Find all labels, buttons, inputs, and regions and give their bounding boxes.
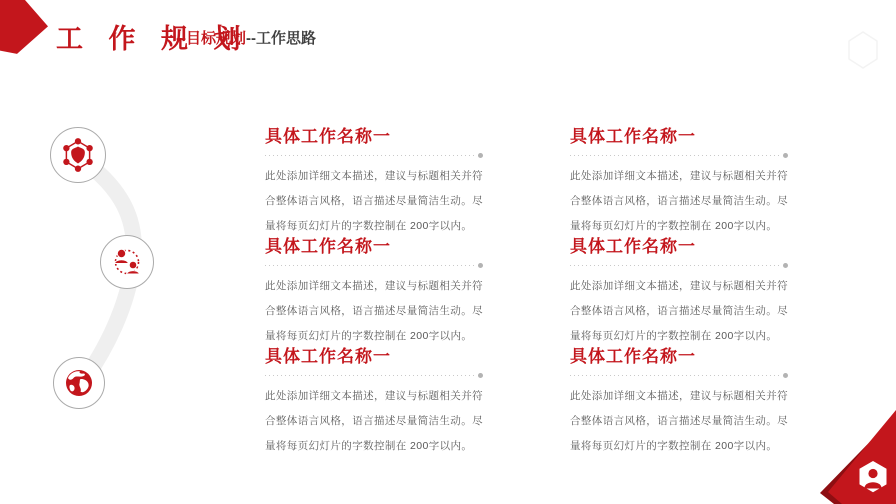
dotted-line bbox=[570, 375, 781, 376]
work-item-block-2: 具体工作名称一 此处添加详细文本描述，建议与标题相关并符合整体语言风格，语言描述… bbox=[570, 126, 788, 236]
work-item-body: 此处添加详细文本描述，建议与标题相关并符合整体语言风格，语言描述尽量简洁生动。尽… bbox=[570, 274, 788, 346]
network-molecule-icon bbox=[59, 136, 97, 174]
dotted-rule bbox=[265, 153, 483, 158]
dotted-line bbox=[570, 265, 781, 266]
rule-end-dot bbox=[783, 153, 788, 158]
rule-end-dot bbox=[478, 373, 483, 378]
dotted-line bbox=[570, 155, 781, 156]
dotted-line bbox=[265, 375, 476, 376]
presentation-slide: 工 作 规 划 --目标规划--工作思路 bbox=[0, 0, 896, 504]
work-item-body: 此处添加详细文本描述，建议与标题相关并符合整体语言风格，语言描述尽量简洁生动。尽… bbox=[570, 384, 788, 456]
work-item-body: 此处添加详细文本描述，建议与标题相关并符合整体语言风格，语言描述尽量简洁生动。尽… bbox=[265, 384, 483, 456]
work-item-block-5: 具体工作名称一 此处添加详细文本描述，建议与标题相关并符合整体语言风格，语言描述… bbox=[265, 346, 483, 456]
work-item-body: 此处添加详细文本描述，建议与标题相关并符合整体语言风格，语言描述尽量简洁生动。尽… bbox=[570, 164, 788, 236]
timeline-node-1 bbox=[50, 127, 106, 183]
dotted-line bbox=[265, 155, 476, 156]
timeline-node-3 bbox=[53, 357, 105, 409]
work-item-title: 具体工作名称一 bbox=[265, 126, 483, 147]
hexagon-outline-decoration bbox=[846, 30, 880, 70]
globe-icon bbox=[61, 365, 97, 401]
timeline-node-2 bbox=[100, 235, 154, 289]
dotted-rule bbox=[265, 373, 483, 378]
work-item-title: 具体工作名称一 bbox=[265, 236, 483, 257]
people-exchange-icon bbox=[109, 244, 145, 280]
content-grid: 具体工作名称一 此处添加详细文本描述，建议与标题相关并符合整体语言风格，语言描述… bbox=[265, 126, 788, 456]
rule-end-dot bbox=[478, 153, 483, 158]
dotted-line bbox=[265, 265, 476, 266]
subtitle-thought-segment: --工作思路 bbox=[246, 30, 316, 47]
work-item-block-4: 具体工作名称一 此处添加详细文本描述，建议与标题相关并符合整体语言风格，语言描述… bbox=[570, 236, 788, 346]
work-item-title: 具体工作名称一 bbox=[570, 126, 788, 147]
work-item-block-3: 具体工作名称一 此处添加详细文本描述，建议与标题相关并符合整体语言风格，语言描述… bbox=[265, 236, 483, 346]
timeline-arc bbox=[0, 0, 220, 460]
rule-end-dot bbox=[783, 263, 788, 268]
work-item-title: 具体工作名称一 bbox=[570, 346, 788, 367]
dotted-rule bbox=[570, 263, 788, 268]
rule-end-dot bbox=[783, 373, 788, 378]
work-item-body: 此处添加详细文本描述，建议与标题相关并符合整体语言风格，语言描述尽量简洁生动。尽… bbox=[265, 274, 483, 346]
work-item-block-6: 具体工作名称一 此处添加详细文本描述，建议与标题相关并符合整体语言风格，语言描述… bbox=[570, 346, 788, 456]
work-item-title: 具体工作名称一 bbox=[570, 236, 788, 257]
bottom-right-corner-decoration bbox=[800, 408, 896, 504]
corner-bright-triangle bbox=[828, 410, 896, 504]
rule-end-dot bbox=[478, 263, 483, 268]
work-item-title: 具体工作名称一 bbox=[265, 346, 483, 367]
work-item-body: 此处添加详细文本描述，建议与标题相关并符合整体语言风格，语言描述尽量简洁生动。尽… bbox=[265, 164, 483, 236]
dotted-rule bbox=[570, 373, 788, 378]
dotted-rule bbox=[570, 153, 788, 158]
dotted-rule bbox=[265, 263, 483, 268]
work-item-block-1: 具体工作名称一 此处添加详细文本描述，建议与标题相关并符合整体语言风格，语言描述… bbox=[265, 126, 483, 236]
